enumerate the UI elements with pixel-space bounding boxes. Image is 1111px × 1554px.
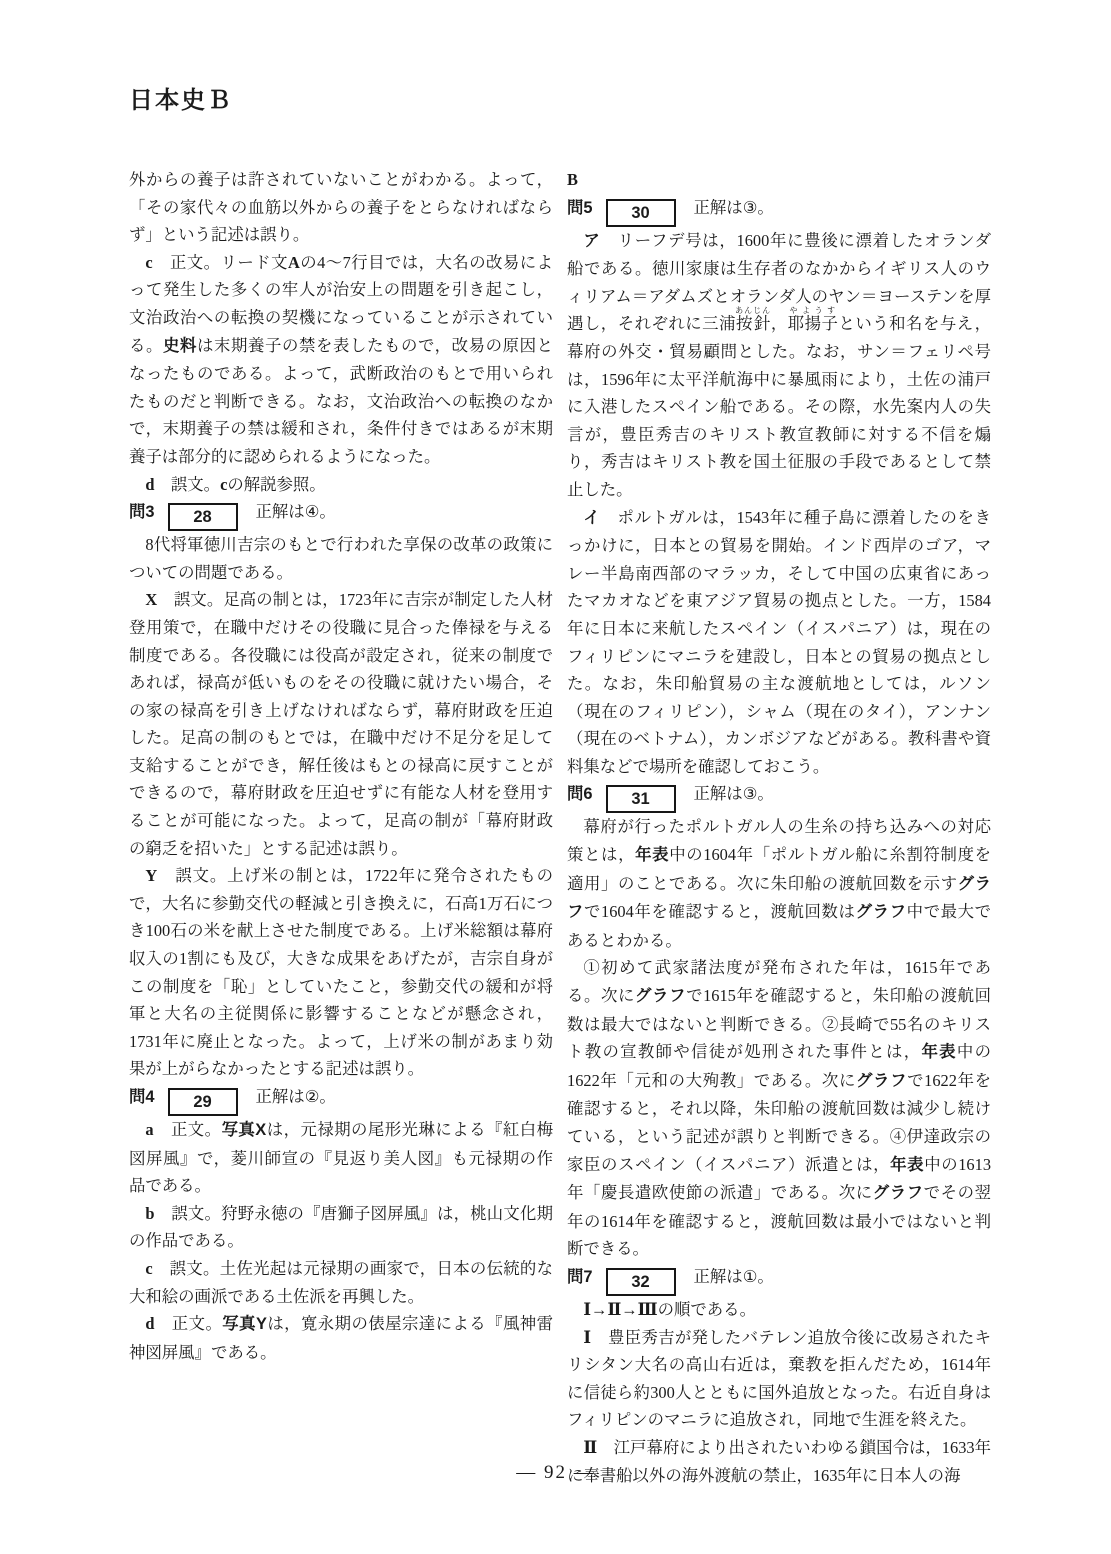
question-heading-q4: 問429正解は②。 [129,1083,553,1116]
question-label: 問6 [567,785,593,803]
paragraph-option-c: c 正文。リード文Aの4～7行目では，大名の改易によって発生した多くの牢人が治安… [129,249,553,471]
paragraph-continuation: 外からの養子は許されていないことがわかる。よって，「その家代々の血筋以外からの養… [129,166,553,249]
answer-number-box: 30 [606,199,676,227]
paragraph-option-i-kana: イ ポルトガルは，1543年に種子島に漂着したのをきっかけに，日本との貿易を開始… [567,504,991,781]
ruby-base: 按針 [735,314,771,333]
answer-number-box: 29 [168,1088,238,1116]
keyword-graph: グラフ [856,1072,907,1090]
body-text: の解説参照。 [227,475,325,494]
keyword-shiryo: 史料 [163,337,197,355]
paragraph-option-a-kana: ア リーフデ号は，1600年に豊後に漂着したオランダ船である。徳川家康は生存者の… [567,227,991,504]
paragraph-q6-explanation: 幕府が行ったポルトガル人の生糸の持ち込みへの対応策とは，年表中の1604年「ポル… [567,813,991,954]
section-letter: B [567,170,578,189]
body-text: 誤文。土佐光起は元禄期の画家で，日本の伝統的な大和絵の画派である土佐派を再興した… [129,1259,553,1306]
paragraph-option-d: d 誤文。cの解説参照。 [129,471,553,499]
roman-numeral-order: Ⅰ→Ⅱ→Ⅲ [583,1300,657,1319]
roman-numeral-label: Ⅱ [583,1438,597,1457]
option-label: b [145,1204,154,1223]
lead-text-label: A [288,253,300,272]
option-label: c [145,1259,152,1278]
body-text: で1604年を確認すると，渡航回数は [584,902,856,921]
answer-text: 。 [757,198,773,217]
right-column: B 問530正解は③。 ア リーフデ号は，1600年に豊後に漂着したオランダ船で… [567,166,991,1489]
paragraph-option-b: b 誤文。狩野永徳の『唐獅子図屏風』は，桃山文化期の作品である。 [129,1200,553,1255]
answer-text: 正解は [694,198,743,217]
keyword-graph: グラフ [856,903,907,921]
ruby-yayosu: 耶揚子やようす [788,314,839,333]
answer-text: 。 [319,1087,335,1106]
paragraph-order: Ⅰ→Ⅱ→Ⅲの順である。 [567,1296,991,1324]
keyword-nenpyo: 年表 [635,846,669,864]
body-text: 豊臣秀吉が発したバテレン追放令後に改易されたキリシタン大名の高山右近は，棄教を拒… [567,1328,991,1430]
answer-text: 。 [757,784,773,803]
paragraph-option-x: X 誤文。足高の制とは，1723年に吉宗が制定した人材登用策で，在職中だけその役… [129,586,553,862]
paragraph-item-1: Ⅰ 豊臣秀吉が発したバテレン追放令後に改易されたキリシタン大名の高山右近は，棄教… [567,1324,991,1434]
keyword-photo-y: 写真Y [222,1315,267,1333]
body-text: は末期養子の禁を表したもので，改易の原因となったものである。よって，武断政治のも… [129,336,553,466]
body-text: という和名を与え，幕府の外交・貿易顧問とした。なお，サン＝フェリペ号は，1596… [567,314,991,499]
option-label-katakana: イ [583,509,600,527]
body-text: 正文。リード文 [153,253,288,272]
circled-answer-number: ① [743,1267,758,1286]
keyword-photo-x: 写真X [222,1121,267,1139]
body-text: 誤文。 [155,475,221,494]
question-heading-q5: 問530正解は③。 [567,194,991,227]
paragraph-q6-choices: ①初めて武家諸法度が発布された年は，1615年である。次にグラフで1615年を確… [567,954,991,1263]
document-page: 日本史Ｂ 外からの養子は許されていないことがわかる。よって，「その家代々の血筋以… [0,0,1111,1554]
body-text: 誤文。足高の制とは，1723年に吉宗が制定した人材登用策で，在職中だけその役職に… [129,590,553,857]
answer-text: 。 [319,502,335,521]
option-label: a [145,1120,153,1139]
furigana: やようす [788,306,838,315]
keyword-nenpyo: 年表 [890,1156,924,1174]
keyword-graph: グラフ [635,987,686,1005]
option-label: X [145,590,157,609]
body-text: 誤文。狩野永徳の『唐獅子図屏風』は，桃山文化期の作品である。 [129,1204,553,1251]
body-text: 8代将軍徳川吉宗のもとで行われた享保の改革の政策についての問題である。 [129,535,553,582]
ruby-base: 耶揚子 [788,314,839,333]
question-label: 問4 [129,1088,155,1106]
keyword-nenpyo: 年表 [921,1043,956,1061]
body-text: ， [770,314,787,333]
option-label-katakana: ア [583,232,600,250]
circled-answer-number: ③ [743,198,758,217]
answer-number-box: 31 [606,785,676,813]
option-label: Y [145,866,157,885]
option-label: d [145,475,154,494]
body-text: 誤文。上げ米の制とは，1722年に発令されたもので，大名に参勤交代の軽減と引き換… [129,866,553,1078]
answer-text: 正解は [694,784,743,803]
answer-text: 。 [757,1267,773,1286]
body-text: ポルトガルは，1543年に種子島に漂着したのをきっかけに，日本との貿易を開始。イ… [567,508,991,776]
page-number: — 92 — [0,1462,1111,1484]
body-text: 外からの養子は許されていないことがわかる。よって，「その家代々の血筋以外からの養… [129,170,553,244]
option-label: d [145,1314,154,1333]
answer-text: 正解は [256,1087,305,1106]
answer-text: 正解は [256,502,305,521]
question-heading-q7: 問732正解は①。 [567,1263,991,1296]
circled-answer-number: ④ [305,502,320,521]
body-text: 正文。 [155,1314,223,1333]
paragraph-option-d2: d 正文。写真Yは，寛永期の俵屋宗達による『風神雷神図屏風』である。 [129,1310,553,1366]
question-label: 問5 [567,199,593,217]
body-text: 正文。 [154,1120,222,1139]
section-label-b: B [567,166,991,194]
question-heading-q6: 問631正解は③。 [567,780,991,813]
paragraph-intro-q3: 8代将軍徳川吉宗のもとで行われた享保の改革の政策についての問題である。 [129,531,553,586]
page-title: 日本史Ｂ [129,80,233,115]
question-heading-q3: 問328正解は④。 [129,498,553,531]
keyword-graph: グラフ [873,1184,924,1202]
left-column: 外からの養子は許されていないことがわかる。よって，「その家代々の血筋以外からの養… [129,166,553,1366]
answer-number-box: 32 [606,1268,676,1296]
question-label: 問3 [129,503,155,521]
question-label: 問7 [567,1268,593,1286]
circled-answer-number: ③ [743,784,758,803]
answer-text: 正解は [694,1267,743,1286]
answer-number-box: 28 [168,503,238,531]
ruby-anjin: 按針あんじん [736,314,770,333]
body-text: の順である。 [658,1300,756,1319]
paragraph-option-a: a 正文。写真Xは，元禄期の尾形光琳による『紅白梅図屏風』で，菱川師宣の『見返り… [129,1116,553,1200]
circled-answer-number: ② [305,1087,320,1106]
furigana: あんじん [735,306,771,315]
paragraph-option-c2: c 誤文。土佐光起は元禄期の画家で，日本の伝統的な大和絵の画派である土佐派を再興… [129,1255,553,1310]
paragraph-option-y: Y 誤文。上げ米の制とは，1722年に発令されたもので，大名に参勤交代の軽減と引… [129,862,553,1083]
option-label: c [145,253,152,272]
